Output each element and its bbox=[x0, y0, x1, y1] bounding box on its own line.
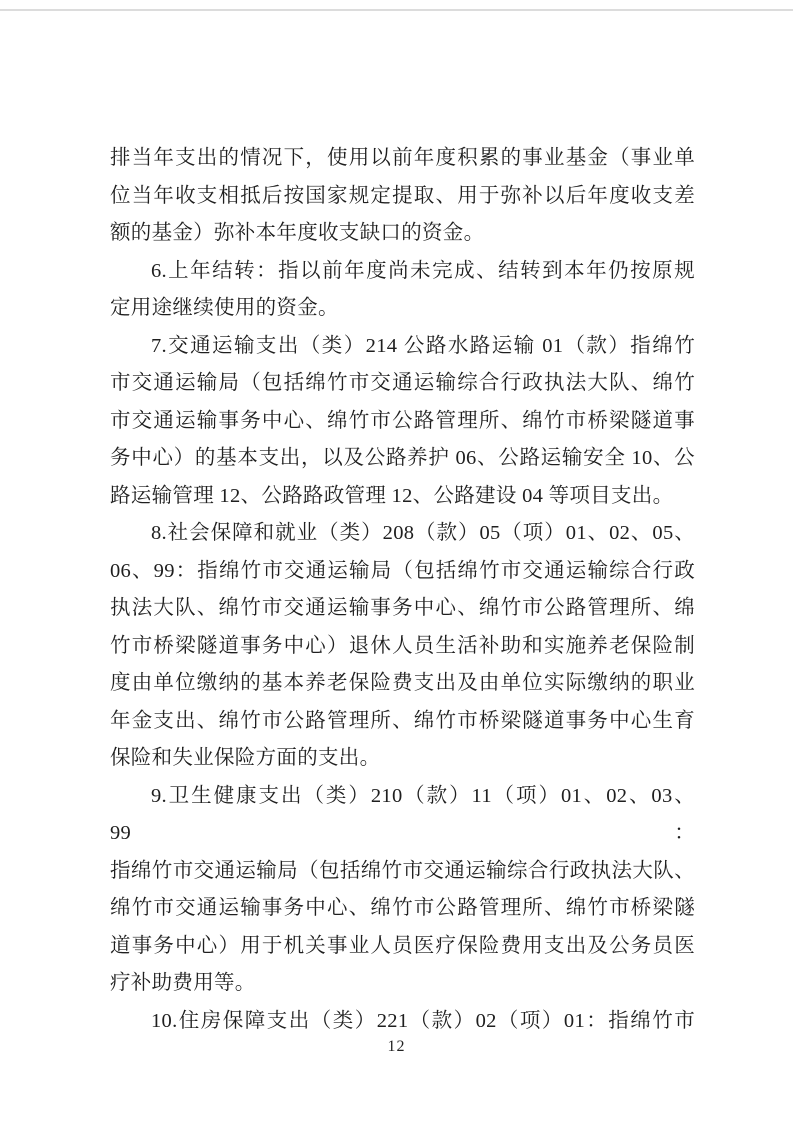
text-line: 排当年支出的情况下，使用以前年度积累的事业基金（事业单 bbox=[110, 140, 695, 178]
text-line: 位当年收支相抵后按国家规定提取、用于弥补以后年度收支差 bbox=[110, 178, 695, 216]
text-line: 执法大队、绵竹市交通运输事务中心、绵竹市公路管理所、绵 bbox=[110, 590, 695, 628]
text-line: 8.社会保障和就业（类）208（款）05（项）01、02、05、 bbox=[110, 515, 695, 553]
text-line: 度由单位缴纳的基本养老保险费支出及由单位实际缴纳的职业 bbox=[110, 665, 695, 703]
paragraph: 6.上年结转：指以前年度尚未完成、结转到本年仍按原规定用途继续使用的资金。 bbox=[110, 253, 695, 328]
text-line: 绵竹市交通运输事务中心、绵竹市公路管理所、绵竹市桥梁隧 bbox=[110, 890, 695, 928]
text-line: 竹市桥梁隧道事务中心）退休人员生活补助和实施养老保险制 bbox=[110, 628, 695, 666]
page-number: 12 bbox=[0, 1038, 793, 1056]
text-line: 9.卫生健康支出（类）210（款）11（项）01、02、03、99： bbox=[110, 778, 695, 853]
document-text: 排当年支出的情况下，使用以前年度积累的事业基金（事业单位当年收支相抵后按国家规定… bbox=[110, 140, 695, 1040]
text-line: 年金支出、绵竹市公路管理所、绵竹市桥梁隧道事务中心生育 bbox=[110, 703, 695, 741]
text-line: 6.上年结转：指以前年度尚未完成、结转到本年仍按原规 bbox=[110, 253, 695, 291]
scan-artifact-line bbox=[0, 9, 793, 11]
text-line: 10.住房保障支出（类）221（款）02（项）01：指绵竹市 bbox=[110, 1003, 695, 1041]
text-line: 06、99：指绵竹市交通运输局（包括绵竹市交通运输综合行政 bbox=[110, 553, 695, 591]
paragraph: 7.交通运输支出（类）214 公路水路运输 01（款）指绵竹市交通运输局（包括绵… bbox=[110, 328, 695, 516]
text-line: 路运输管理 12、公路路政管理 12、公路建设 04 等项目支出。 bbox=[110, 478, 695, 516]
text-line: 7.交通运输支出（类）214 公路水路运输 01（款）指绵竹 bbox=[110, 328, 695, 366]
paragraph: 9.卫生健康支出（类）210（款）11（项）01、02、03、99：指绵竹市交通… bbox=[110, 778, 695, 1003]
text-line: 市交通运输事务中心、绵竹市公路管理所、绵竹市桥梁隧道事 bbox=[110, 403, 695, 441]
text-line: 指绵竹市交通运输局（包括绵竹市交通运输综合行政执法大队、 bbox=[110, 853, 695, 891]
text-line: 额的基金）弥补本年度收支缺口的资金。 bbox=[110, 215, 695, 253]
text-line: 道事务中心）用于机关事业人员医疗保险费用支出及公务员医 bbox=[110, 928, 695, 966]
text-line: 定用途继续使用的资金。 bbox=[110, 290, 695, 328]
text-line: 市交通运输局（包括绵竹市交通运输综合行政执法大队、绵竹 bbox=[110, 365, 695, 403]
paragraph: 排当年支出的情况下，使用以前年度积累的事业基金（事业单位当年收支相抵后按国家规定… bbox=[110, 140, 695, 253]
paragraph: 10.住房保障支出（类）221（款）02（项）01：指绵竹市 bbox=[110, 1003, 695, 1041]
text-line: 疗补助费用等。 bbox=[110, 965, 695, 1003]
text-line: 务中心）的基本支出，以及公路养护 06、公路运输安全 10、公 bbox=[110, 440, 695, 478]
document-page: 排当年支出的情况下，使用以前年度积累的事业基金（事业单位当年收支相抵后按国家规定… bbox=[0, 0, 793, 1122]
text-line: 保险和失业保险方面的支出。 bbox=[110, 740, 695, 778]
paragraph: 8.社会保障和就业（类）208（款）05（项）01、02、05、06、99：指绵… bbox=[110, 515, 695, 778]
